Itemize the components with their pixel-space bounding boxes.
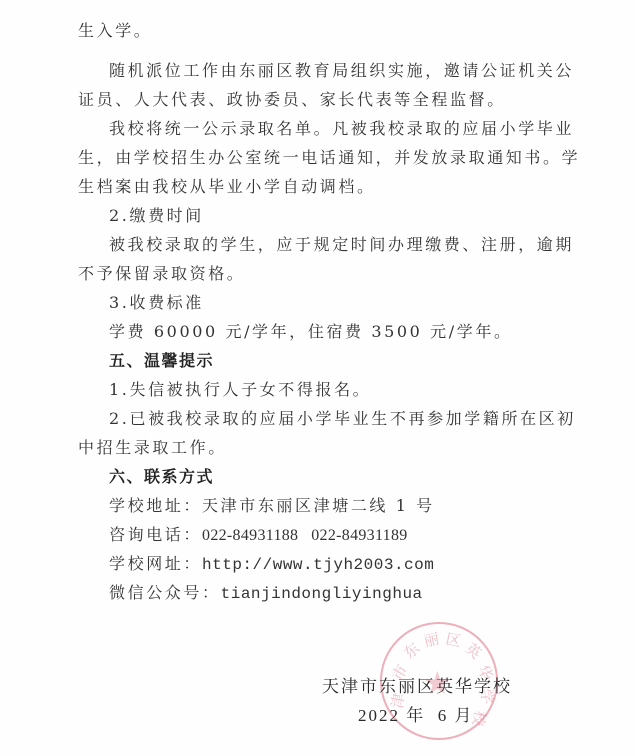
wechat-label: 微信公众号： <box>109 583 221 602</box>
website-label: 学校网址： <box>109 554 202 573</box>
paragraph-line: 生入学。 <box>78 21 152 41</box>
contact-wechat: 微信公众号：tianjindongliyinghua <box>109 583 423 604</box>
paragraph-line: 生，由学校招生办公室统一电话通知，并发放录取通知书。学 <box>78 148 580 168</box>
phone-value: 022-84931188 022-84931189 <box>202 527 408 544</box>
address-label: 学校地址： <box>109 496 202 515</box>
tip-item: 2.已被我校录取的应届小学毕业生不再参加学籍所在区初 <box>109 409 576 429</box>
wechat-value: tianjindongliyinghua <box>221 585 423 603</box>
paragraph-line: 生档案由我校从毕业小学自动调档。 <box>78 177 376 197</box>
section-heading-contact: 六、联系方式 <box>109 467 214 487</box>
contact-phone: 咨询电话：022-84931188 022-84931189 <box>109 525 408 546</box>
paragraph-line: 我校将统一公示录取名单。凡被我校录取的应届小学毕业 <box>109 119 574 139</box>
phone-label: 咨询电话： <box>109 525 202 544</box>
document-page: 生入学。 随机派位工作由东丽区教育局组织实施，邀请公证机关公 证员、人大代表、政… <box>0 0 635 756</box>
paragraph-line: 证员、人大代表、政协委员、家长代表等全程监督。 <box>78 90 506 110</box>
tip-item-continued: 中招生录取工作。 <box>78 438 227 458</box>
paragraph-line: 被我校录取的学生，应于规定时间办理缴费、注册，逾期 <box>109 235 574 255</box>
contact-website: 学校网址：http://www.tjyh2003.com <box>109 554 434 575</box>
tip-item: 1.失信被执行人子女不得报名。 <box>109 380 371 400</box>
section-heading-tips: 五、温馨提示 <box>109 351 214 371</box>
website-link[interactable]: http://www.tjyh2003.com <box>202 556 434 574</box>
address-value: 天津市东丽区津塘二线 1 号 <box>202 496 435 515</box>
paragraph-line: 随机派位工作由东丽区教育局组织实施，邀请公证机关公 <box>109 61 574 81</box>
contact-address: 学校地址：天津市东丽区津塘二线 1 号 <box>109 496 435 516</box>
fee-line: 学费 60000 元/学年，住宿费 3500 元/学年。 <box>109 322 513 342</box>
signature-date: 2022 年 6 月 <box>358 701 474 726</box>
signature-organization: 天津市东丽区英华学校 <box>322 672 512 697</box>
subheading-payment-time: 2.缴费时间 <box>109 206 204 226</box>
subheading-fee-standard: 3.收费标准 <box>109 293 204 313</box>
paragraph-line: 不予保留录取资格。 <box>78 264 245 284</box>
